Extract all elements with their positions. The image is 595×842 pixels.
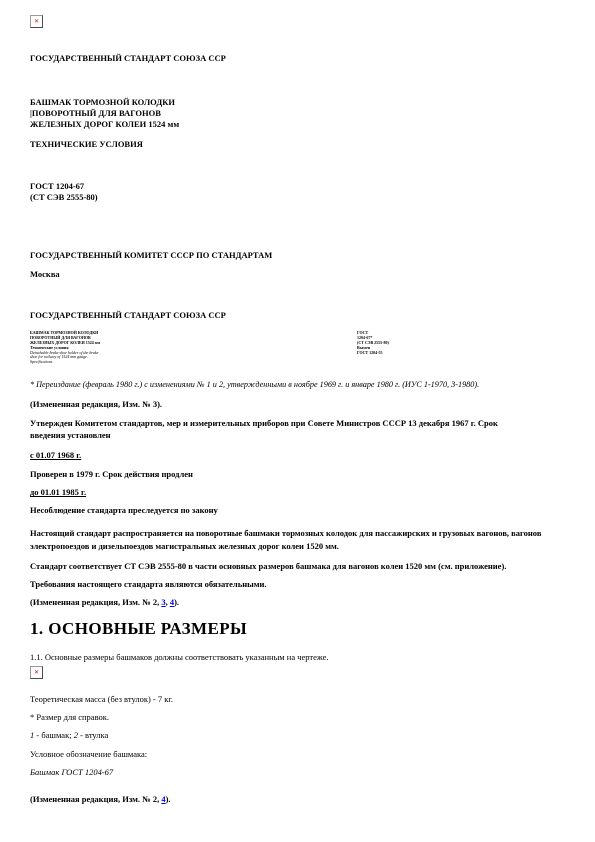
amendment-24-suffix: ). [166, 794, 171, 804]
amendment-note-234: (Измененная редакция, Изм. № 2, 3, 4). [30, 596, 567, 608]
document-page: ✕ ГОСУДАРСТВЕННЫЙ СТАНДАРТ СОЮЗА ССР БАШ… [0, 0, 595, 842]
designation-label: Условное обозначение башмака: [30, 748, 567, 760]
effective-to-date: до 01.01 1985 г. [30, 486, 567, 498]
broken-image-icon-drawing: ✕ [30, 666, 43, 679]
para-1-1: 1.1. Основные размеры башмаков должны со… [30, 651, 567, 663]
city-label: Москва [30, 268, 567, 280]
sev-conformity-note: Стандарт соответствует СТ СЭВ 2555-80 в … [30, 560, 567, 572]
effective-from-date: с 01.07 1968 г. [30, 449, 567, 461]
figure-legend: 1 - башмак; 2 - втулка [30, 729, 567, 741]
legend-text-2: - втулка [78, 730, 108, 740]
legend-text-1: - башмак; [34, 730, 73, 740]
standard-number: ГОСТ 1204-67(СТ СЭВ 2555-80) [30, 181, 567, 203]
document-title: БАШМАК ТОРМОЗНОЙ КОЛОДКИ|ПОВОРОТНЫЙ ДЛЯ … [30, 97, 567, 130]
section-1-heading: 1. ОСНОВНЫЕ РАЗМЕРЫ [30, 619, 567, 639]
title-block-right: ГОСТ 1204-67* (СТ СЭВ 2555-80) Взамен ГО… [357, 331, 389, 355]
approved-line-2: введения установлен [30, 430, 111, 440]
reissue-note: * Переиздание (февраль 1980 г.) с измене… [30, 379, 567, 391]
amendment-note-24: (Измененная редакция, Изм. № 2, 4). [30, 793, 567, 805]
title-block: БАШМАК ТОРМОЗНОЙ КОЛОДКИ ПОВОРОТНЫЙ ДЛЯ … [30, 331, 567, 365]
title-line-3: ЖЕЛЕЗНЫХ ДОРОГ КОЛЕИ 1524 мм [30, 119, 179, 129]
scope-line-1: Настоящий стандарт распространяется на п… [30, 528, 541, 538]
mandatory-note: Требования настоящего стандарта являются… [30, 578, 567, 590]
amendment-234-suffix: ). [174, 597, 179, 607]
scope-paragraph: Настоящий стандарт распространяется на п… [30, 527, 567, 552]
approved-line-1: Утвержден Комитетом стандартов, мер и из… [30, 418, 498, 428]
reference-dimension-note: * Размер для справок. [30, 711, 567, 723]
standard-number-line-1: ГОСТ 1204-67 [30, 181, 84, 191]
scope-line-2: электропоездов и дизельпоездов магистрал… [30, 541, 339, 551]
committee-label: ГОСУДАРСТВЕННЫЙ КОМИТЕТ СССР ПО СТАНДАРТ… [30, 249, 567, 261]
title-block-en-line-3: Specifications [30, 359, 52, 364]
broken-image-x-icon: ✕ [34, 670, 39, 676]
title-block-left: БАШМАК ТОРМОЗНОЙ КОЛОДКИ ПОВОРОТНЫЙ ДЛЯ … [30, 331, 567, 365]
title-line-2: |ПОВОРОТНЫЙ ДЛЯ ВАГОНОВ [30, 108, 161, 118]
amendment-note-3: (Измененная редакция, Изм. № 3). [30, 398, 567, 410]
org-label: ГОСУДАРСТВЕННЫЙ СТАНДАРТ СОЮЗА ССР [30, 52, 567, 64]
designation-value: Башмак ГОСТ 1204-67 [30, 766, 567, 778]
amendment-234-prefix: (Измененная редакция, Изм. № 2, [30, 597, 161, 607]
title-block-right-line-5: ГОСТ 1204-55 [357, 350, 383, 355]
mass-note: Теоретическая масса (без втулок) - 7 кг. [30, 693, 567, 705]
broken-image-icon: ✕ [30, 15, 43, 28]
broken-image-x-icon: ✕ [34, 19, 39, 25]
standard-number-line-2: (СТ СЭВ 2555-80) [30, 192, 98, 202]
amendment-24-prefix: (Измененная редакция, Изм. № 2, [30, 794, 161, 804]
title-line-1: БАШМАК ТОРМОЗНОЙ КОЛОДКИ [30, 97, 175, 107]
document-subtitle: ТЕХНИЧЕСКИЕ УСЛОВИЯ [30, 138, 567, 150]
law-note: Несоблюдение стандарта преследуется по з… [30, 504, 567, 516]
checked-note: Проверен в 1979 г. Срок действия продлен [30, 468, 567, 480]
org-label-repeat: ГОСУДАРСТВЕННЫЙ СТАНДАРТ СОЮЗА ССР [30, 309, 567, 321]
approved-paragraph: Утвержден Комитетом стандартов, мер и из… [30, 417, 567, 442]
